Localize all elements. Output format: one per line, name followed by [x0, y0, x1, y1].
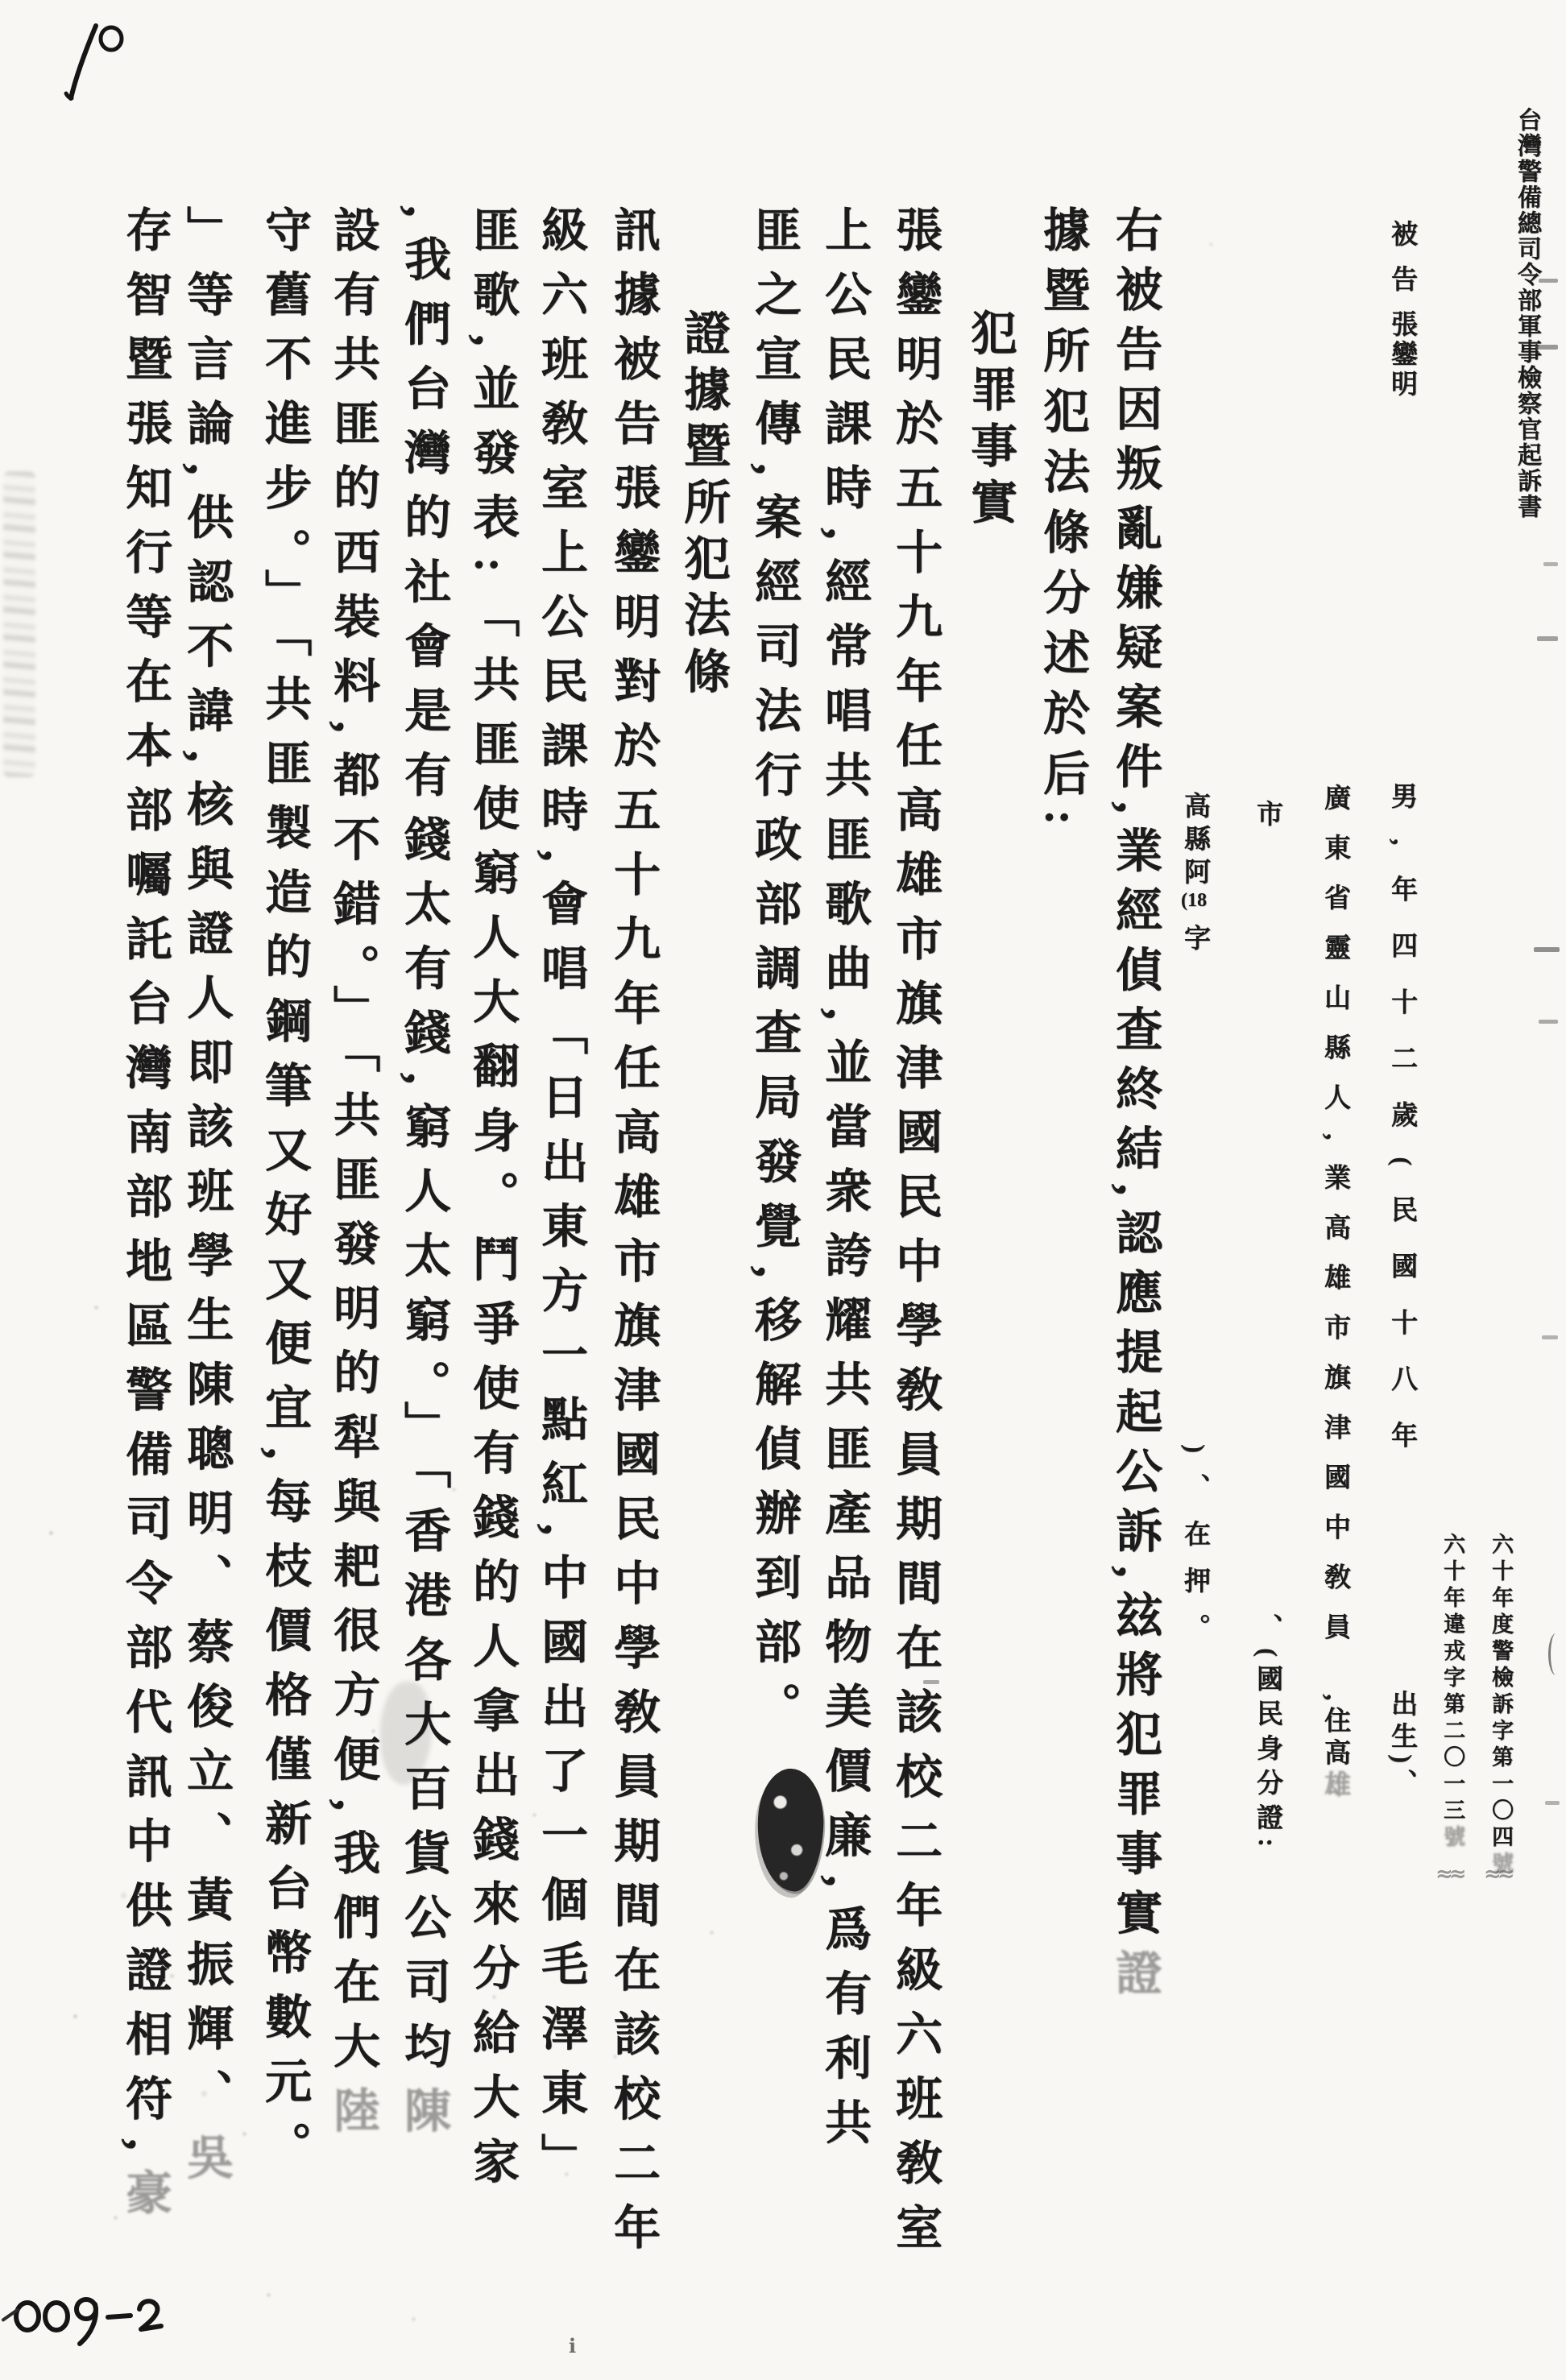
column-evidence-2: 級六班敎室上公民課時,會唱「日出東方一點紅,中國出了一個毛澤東」: [536, 205, 583, 2197]
column-preamble-2: 據暨所犯法條分述於后:: [1038, 205, 1085, 838]
margin-dash-9: [1545, 1801, 1560, 1805]
column-evidence-3: 匪歌,並發表:「共匪使窮人大翻身。鬥爭使有錢的人拿出錢來分給大家: [468, 205, 515, 2201]
column-defendant-seg1: 被告: [1388, 220, 1415, 310]
margin-dash-3: [1543, 562, 1558, 566]
column-defendant-address-seg2: 、(國民身分證:: [1253, 1613, 1280, 1855]
handwritten-page-number: [50, 18, 139, 110]
margin-dash-5: [1534, 947, 1560, 952]
column-facts-1: 張鑾明於五十九年任高雄市旗津國民中學敎員期間在該校二年級六班敎室: [891, 205, 938, 2267]
column-defendant-id-seg1: 高縣阿: [1181, 792, 1208, 891]
column-title: 台灣警備總司令部軍事檢察官起訴書: [1514, 107, 1539, 519]
column-facts-3: 匪之宣傳,案經司法行政部調查局發覺,移解偵辦到部。: [750, 205, 797, 1746]
column-defendant-id-seg4: )、在押。: [1181, 1444, 1208, 1660]
margin-dash-7: [1542, 1335, 1558, 1339]
margin-dash-8: [923, 1680, 939, 1684]
column-evidence-8: 存智暨張知行等在本部囑託台灣南部地區警備司令部代訊中供證相符,豪: [121, 205, 168, 2233]
column-defendant-seg2: 張鑾明: [1388, 310, 1415, 399]
margin-arc-mark: [1548, 1633, 1564, 1675]
margin-dash-4: [1537, 636, 1558, 641]
column-heading-facts: 犯罪事實: [966, 308, 1013, 534]
ink-blob-stamp: [753, 1766, 827, 1893]
column-defendant-id-seg2: (18: [1181, 891, 1207, 910]
document-page: i 台灣警備總司令部軍事檢察官起訴書六十年度警檢訴字第一〇四號六十年違戎字第二〇…: [0, 0, 1566, 2380]
column-preamble-1: 右被告因叛亂嫌疑案件,業經偵查終結,認應提起公訴,玆將犯罪事實證: [1111, 205, 1158, 2008]
left-margin-stamp: [3, 471, 35, 777]
squiggle-mark-1: ≈≈: [1484, 1862, 1511, 1886]
stray-ink-mark: i: [569, 2334, 576, 2357]
column-evidence-1: 訊據被告張鑾明對於五十九年任高雄市旗津國民中學敎員期間在該校二年: [609, 205, 656, 2267]
margin-dash-1: [1539, 279, 1558, 283]
column-facts-2: 上公民課時,經常唱共匪歌曲,並當衆誇耀共匪產品物美價廉,爲有利共: [820, 205, 867, 2163]
column-evidence-6: 守舊不進步。」「共匪製造的鋼筆又好又便宜,每枝價格僅新台幣數元。: [260, 205, 307, 2186]
margin-dash-2: [1535, 345, 1558, 350]
column-defendant-seg4: 出生)、: [1388, 1690, 1415, 1801]
column-evidence-5: 設有共匪的西裝料,都不錯。」「共匪發明的犁與耙很方便,我們在大陸: [329, 205, 375, 2150]
column-defendant-origin-seg2: ,住高雄: [1321, 1694, 1348, 1803]
margin-dash-6: [1539, 1020, 1558, 1024]
column-heading-evidence: 證據暨所犯法條: [679, 308, 726, 703]
column-case-number-2: 六十年違戎字第二〇一三號: [1441, 1533, 1463, 1852]
paper-noise: [0, 0, 2, 2]
squiggle-mark-2: ≈≈: [1435, 1862, 1463, 1886]
column-defendant-origin-seg1: 廣東省靈山縣人,業高雄市旗津國中敎員: [1321, 784, 1348, 1662]
handwritten-archive-number: [8, 2283, 177, 2349]
column-evidence-4: ,我們台灣的社會是有錢太有錢,窮人太窮。」「香港各大百貨公司均陳: [400, 205, 446, 2150]
column-case-number-1: 六十年度警檢訴字第一〇四號: [1489, 1533, 1511, 1878]
column-defendant-address-seg1: 市: [1253, 800, 1280, 826]
column-defendant-seg3: 男,年四十二歲(民國十八年: [1388, 782, 1415, 1477]
column-defendant-id-seg3: 字: [1181, 924, 1208, 950]
column-evidence-7: 」等言論,供認不諱,核與證人即該班學生陳聰明、蔡俊立、黃振輝、吳: [182, 205, 229, 2197]
